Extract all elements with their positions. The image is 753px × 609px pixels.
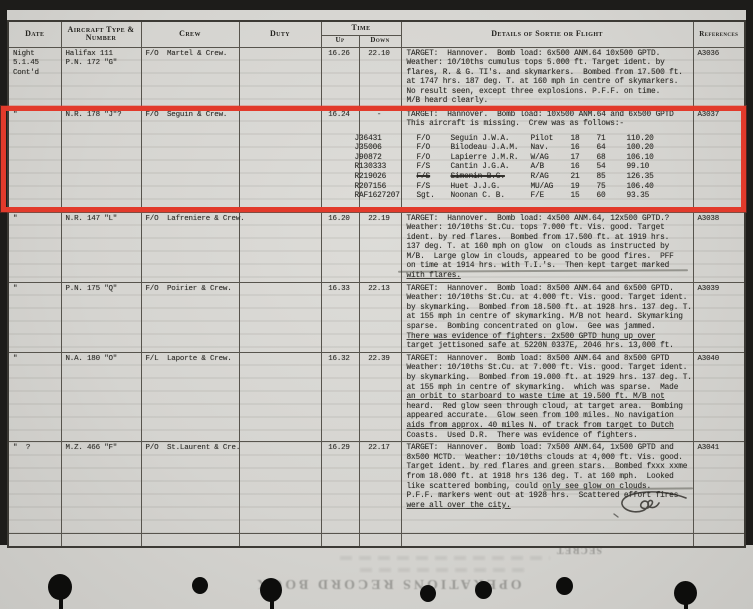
crew-field: 64 — [597, 144, 627, 154]
text-line: M.Z. 466 "F" — [66, 444, 139, 454]
crew-member-row: RAF1627207Sgt.Noonan C. B.F/E156093.35 — [355, 192, 691, 202]
duty-cell — [239, 352, 321, 441]
text-line: 8x500 MCTD. Weather: 10/10ths clouds at … — [407, 454, 691, 464]
crew-field: J35006 — [355, 144, 417, 154]
crew-field: 54 — [597, 163, 627, 173]
text-line: aids from approx. 40 miles N. of track f… — [407, 422, 691, 432]
operations-record-table: Date Aircraft Type & Number Crew Duty Ti… — [7, 20, 746, 548]
crew-member-row: R130333F/SCantin J.G.A.A/B165499.10 — [355, 163, 691, 173]
text-line: 137 deg. T. at 160 mph on glow on clouds… — [407, 243, 691, 253]
text-line: TARGET: Hannover. Bomb load: 7x500 ANM.6… — [407, 444, 691, 454]
scanned-document-page: OPERATIONS RECORD BOOK SECRET Date Aircr… — [0, 0, 753, 609]
sortie-row: Night5.1.45Cont'dHalifax 111P.N. 172 "G"… — [8, 47, 745, 108]
crew-field: Simonin B.G. — [451, 173, 531, 183]
crew-field: 100.20 — [627, 144, 677, 154]
crew-field: F/S — [417, 173, 451, 183]
text-line: ident. by red flares. Bombed from 17.500… — [407, 234, 691, 244]
time-down-cell: 22.10 — [359, 47, 401, 108]
scan-margin-top — [0, 0, 753, 10]
crew-field: Pilot — [531, 135, 571, 145]
crew-field: F/E — [531, 192, 571, 202]
crew-field: 71 — [597, 135, 627, 145]
aircraft-cell: N.R. 147 "L" — [61, 212, 141, 282]
crew-field: R130333 — [355, 163, 417, 173]
punch-hole — [556, 577, 573, 595]
punch-hole — [420, 585, 436, 602]
text-line: Night — [13, 50, 59, 60]
crew-field: MU/AG — [531, 183, 571, 193]
aircraft-cell: M.Z. 466 "F" — [61, 442, 141, 534]
text-line: " — [13, 355, 59, 365]
col-header-date: Date — [8, 21, 61, 47]
crew-field: F/O — [417, 135, 451, 145]
crew-cell: F/L Laporte & Crew. — [141, 352, 239, 441]
sortie-row: "N.A. 180 "O"F/L Laporte & Crew.16.3222.… — [8, 352, 745, 441]
crew-field: R/AG — [531, 173, 571, 183]
text-line: N.R. 147 "L" — [66, 215, 139, 225]
time-up-cell: 16.33 — [321, 282, 359, 352]
details-cell: TARGET: Hannover. Bomb load: 10x500 ANM.… — [401, 108, 693, 212]
col-header-time-down: Down — [359, 35, 401, 47]
sortie-row: "P.N. 175 "Q"F/O Poirier & Crew.16.3322.… — [8, 282, 745, 352]
crew-cell: F/O Martel & Crew. — [141, 47, 239, 108]
time-up-cell: 16.20 — [321, 212, 359, 282]
crew-field: J36431 — [355, 135, 417, 145]
text-line: P.N. 172 "G" — [66, 59, 139, 69]
crew-field: 93.35 — [627, 192, 677, 202]
reference-cell: A3037 — [693, 108, 745, 212]
col-header-time-up: Up — [321, 35, 359, 47]
crew-cell: P/O St.Laurent & Cre. — [141, 442, 239, 534]
date-cell: " — [8, 282, 61, 352]
empty-cell — [321, 534, 359, 547]
reference-cell: A3040 — [693, 352, 745, 441]
empty-cell — [61, 534, 141, 547]
time-down-cell: 22.17 — [359, 442, 401, 534]
crew-field: R207156 — [355, 183, 417, 193]
crew-field: F/S — [417, 183, 451, 193]
crew-cell: F/O Seguin & Crew. — [141, 108, 239, 212]
reference-cell: A3038 — [693, 212, 745, 282]
crew-member-row: J36431F/OSeguin J.W.A.Pilot1871110.20 — [355, 135, 691, 145]
text-line: 5.1.45 — [13, 59, 59, 69]
text-line: Target ident. by red flares and green st… — [407, 463, 691, 473]
crew-field: A/B — [531, 163, 571, 173]
col-header-references: References — [693, 21, 745, 47]
time-down-cell: 22.39 — [359, 352, 401, 441]
text-line: by skymarking. Bombed from 18.500 ft. at… — [407, 304, 691, 314]
text-line: Weather: 10/10ths St.Cu. at 7.000 ft. Vi… — [407, 364, 691, 374]
text-line: heard. Red glow seen through cloud, at t… — [407, 403, 691, 413]
col-header-time: Time — [321, 21, 401, 35]
duty-cell — [239, 212, 321, 282]
handwritten-check-mark — [608, 488, 698, 528]
details-cell: TARGET: Hannover. Bomb load: 6x500 ANM.6… — [401, 47, 693, 108]
text-line: TARGET: Hannover. Bomb load: 6x500 ANM.6… — [407, 50, 691, 60]
time-up-cell: 16.24 — [321, 108, 359, 212]
text-line: by skymarking. Bombed from 19.000 ft. at… — [407, 374, 691, 384]
punch-hole — [192, 577, 208, 594]
reference-cell: A3039 — [693, 282, 745, 352]
empty-cell — [239, 534, 321, 547]
crew-cell: F/O Poirier & Crew. — [141, 282, 239, 352]
table-header: Date Aircraft Type & Number Crew Duty Ti… — [8, 21, 745, 47]
empty-cell — [693, 534, 745, 547]
punch-hole — [48, 574, 72, 600]
date-cell: " ? — [8, 442, 61, 534]
text-line: an orbit to starboard to waste time at 1… — [407, 393, 691, 403]
missing-crew-list: J36431F/OSeguin J.W.A.Pilot1871110.20J35… — [355, 135, 691, 202]
text-line: N.R. 178 "J"? — [66, 111, 139, 121]
bleed-through-faint-text — [340, 556, 550, 560]
empty-cell — [8, 534, 61, 547]
text-line: Halifax 111 — [66, 50, 139, 60]
text-line: " — [13, 215, 59, 225]
empty-cell — [359, 534, 401, 547]
duty-cell — [239, 282, 321, 352]
col-header-details: Details of Sortie or Flight — [401, 21, 693, 47]
crew-field: 99.10 — [627, 163, 677, 173]
text-line: TARGET: Hannover. Bomb load: 4x500 ANM.6… — [407, 215, 691, 225]
crew-member-row: R207156F/SHuet J.J.G.MU/AG1975106.40 — [355, 183, 691, 193]
text-line: Cont'd — [13, 69, 59, 79]
crew-field: 126.35 — [627, 173, 677, 183]
text-line: There was evidence of fighters. 2x500 GP… — [407, 333, 691, 343]
empty-form-row — [8, 534, 745, 547]
date-cell: " — [8, 108, 61, 212]
crew-field: R219026 — [355, 173, 417, 183]
time-up-cell: 16.26 — [321, 47, 359, 108]
crew-field: 15 — [571, 192, 597, 202]
crew-field: 85 — [597, 173, 627, 183]
text-line: Coasts. Used D.R. There was evidence of … — [407, 432, 691, 442]
text-line: flares, R. & G. TI's. and skymarkers. Bo… — [407, 69, 691, 79]
crew-field: Noonan C. B. — [451, 192, 531, 202]
reference-cell: A3036 — [693, 47, 745, 108]
crew-field: 60 — [597, 192, 627, 202]
crew-field: RAF1627207 — [355, 192, 417, 202]
text-line: with flares. — [407, 272, 691, 282]
details-cell: TARGET: Hannover. Bomb load: 8x500 ANM.6… — [401, 282, 693, 352]
date-cell: Night5.1.45Cont'd — [8, 47, 61, 108]
punch-hole — [475, 581, 492, 599]
time-up-cell: 16.29 — [321, 442, 359, 534]
log-table-body: Night5.1.45Cont'dHalifax 111P.N. 172 "G"… — [8, 47, 745, 547]
text-line: appeared accurate. Glow seen from 100 mi… — [407, 412, 691, 422]
col-header-aircraft: Aircraft Type & Number — [61, 21, 141, 47]
crew-field: 18 — [571, 135, 597, 145]
crew-field: Seguin J.W.A. — [451, 135, 531, 145]
scan-margin-left — [0, 0, 7, 545]
crew-field: 16 — [571, 144, 597, 154]
text-line: N.A. 180 "O" — [66, 355, 139, 365]
text-line: Weather: 10/10ths St.Cu. tops 7.000 ft. … — [407, 224, 691, 234]
crew-field: 16 — [571, 163, 597, 173]
crew-field: F/S — [417, 163, 451, 173]
time-down-cell: 22.13 — [359, 282, 401, 352]
sortie-row: "N.R. 178 "J"?F/O Seguin & Crew.16.24-TA… — [8, 108, 745, 212]
details-cell: TARGET: Hannover. Bomb load: 8x500 ANM.6… — [401, 352, 693, 441]
crew-field: Bilodeau J.A.M. — [451, 144, 531, 154]
crew-field: Sgt. — [417, 192, 451, 202]
crew-field: 19 — [571, 183, 597, 193]
bleed-through-faint-text — [360, 568, 530, 572]
crew-field: 110.20 — [627, 135, 677, 145]
empty-cell — [141, 534, 239, 547]
text-line: TARGET: Hannover. Bomb load: 8x500 ANM.6… — [407, 285, 691, 295]
aircraft-cell: Halifax 111P.N. 172 "G" — [61, 47, 141, 108]
crew-cell: F/O Lafreniere & Crew. — [141, 212, 239, 282]
text-line: M/B heard clearly. — [407, 97, 691, 107]
punch-hole — [674, 581, 697, 605]
text-line: This aircraft is missing. Crew was as fo… — [407, 120, 691, 130]
text-line: at 155 mph in centre of skymarking. whic… — [407, 384, 691, 394]
text-line: at 1747 hrs. 187 deg. T. at 160 mph in c… — [407, 78, 691, 88]
text-line: from 18.000 ft. at 1918 hrs 136 deg. T. … — [407, 473, 691, 483]
text-line: P.N. 175 "Q" — [66, 285, 139, 295]
aircraft-cell: N.R. 178 "J"? — [61, 108, 141, 212]
date-cell: " — [8, 212, 61, 282]
crew-member-row: J35006F/OBilodeau J.A.M.Nav.1664100.20 — [355, 144, 691, 154]
crew-field: 21 — [571, 173, 597, 183]
col-header-duty: Duty — [239, 21, 321, 47]
crew-member-row: R219026F/SSimonin B.G.R/AG2185126.35 — [355, 173, 691, 183]
scan-margin-right — [746, 0, 753, 545]
punch-hole — [260, 578, 282, 602]
text-line: at 155 mph in centre of skymarking. M/B … — [407, 313, 691, 323]
text-line: " ? — [13, 444, 59, 454]
time-down-cell: 22.19 — [359, 212, 401, 282]
aircraft-cell: N.A. 180 "O" — [61, 352, 141, 441]
crew-field: 106.40 — [627, 183, 677, 193]
col-header-crew: Crew — [141, 21, 239, 47]
crew-field: Cantin J.G.A. — [451, 163, 531, 173]
crew-field: 75 — [597, 183, 627, 193]
duty-cell — [239, 442, 321, 534]
text-line: Weather: 10/10ths St.Cu. at 4.000 ft. Vi… — [407, 294, 691, 304]
text-line: TARGET: Hannover. Bomb load: 8x500 ANM.6… — [407, 355, 691, 365]
aircraft-cell: P.N. 175 "Q" — [61, 282, 141, 352]
text-line: " — [13, 111, 59, 121]
crew-field: F/O — [417, 144, 451, 154]
crew-field: Huet J.J.G. — [451, 183, 531, 193]
duty-cell — [239, 47, 321, 108]
duty-cell — [239, 108, 321, 212]
text-line: TARGET: Hannover. Bomb load: 10x500 ANM.… — [407, 111, 691, 121]
text-line: Weather: 10/10ths cumulus tops 5.000 ft.… — [407, 59, 691, 69]
text-line: target jettisoned safe at 5220N 0337E, 2… — [407, 342, 691, 352]
date-cell: " — [8, 352, 61, 441]
reference-cell: A3041 — [693, 442, 745, 534]
text-line: " — [13, 285, 59, 295]
text-line: sparse. Bombing concentrated on glow. Ge… — [407, 323, 691, 333]
empty-cell — [401, 534, 693, 547]
crew-field: Nav. — [531, 144, 571, 154]
time-up-cell: 16.32 — [321, 352, 359, 441]
sortie-row: "N.R. 147 "L"F/O Lafreniere & Crew.16.20… — [8, 212, 745, 282]
